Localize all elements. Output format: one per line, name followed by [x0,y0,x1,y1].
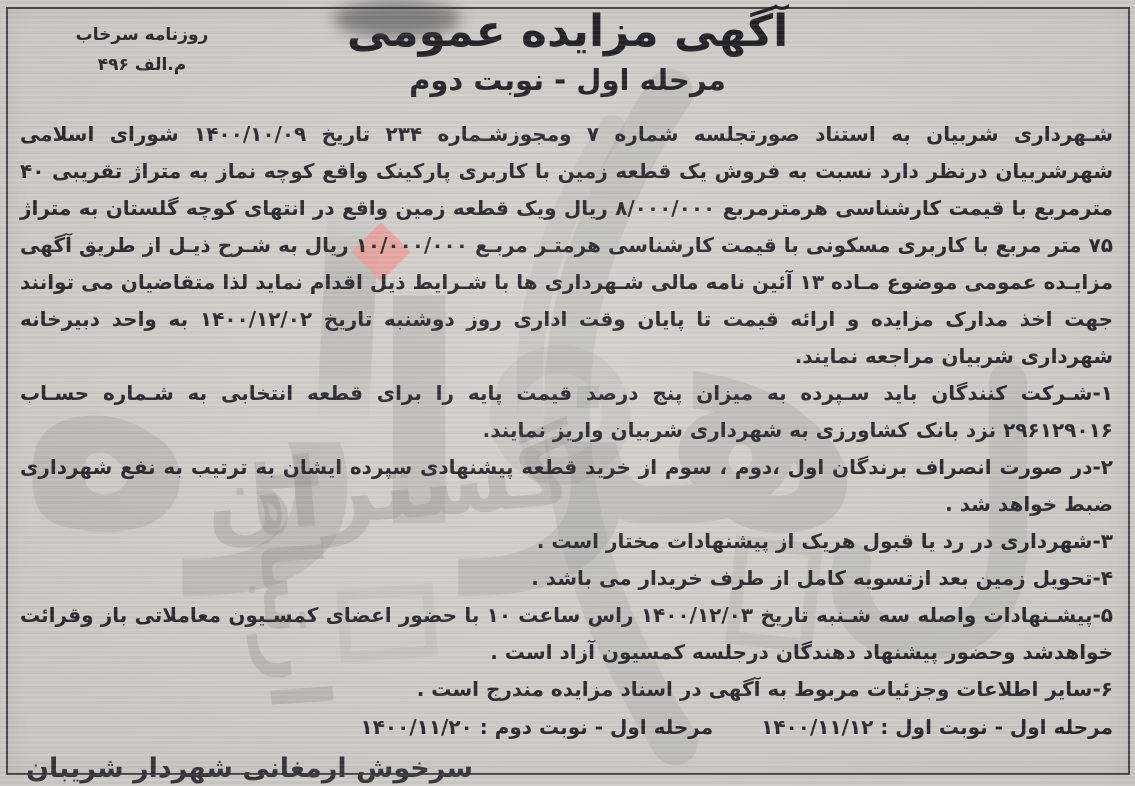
condition-item-3: ۳-شهرداری در رد یا قبول هریک از پیشنهادا… [20,523,1113,560]
publisher-block: روزنامه سرخاب م.الف ۴۹۶ [42,20,242,80]
second-round-date: مرحله اول - نوبت دوم : ۱۴۰۰/۱۱/۲۰ [361,709,714,746]
ink-smudge-artifact [333,1,461,37]
condition-item-4: ۴-تحویل زمین بعد ازتسویه کامل از طرف خری… [20,560,1113,597]
license-number: م.الف ۴۹۶ [42,50,242,80]
newspaper-auction-ad: هزاره گستران ارتباط روزنامه سرخاب م.الف … [0,0,1135,786]
intro-paragraph: شـهرداری شربیان به استناد صورتجلسه شماره… [20,116,1113,375]
condition-item-2: ۲-در صورت انصراف برندگان اول ،دوم ، سوم … [20,449,1113,523]
publication-dates-row: مرحله اول - نوبت اول : ۱۴۰۰/۱۱/۱۲ مرحله … [20,709,1113,746]
ad-body-text: شـهرداری شربیان به استناد صورتجلسه شماره… [20,116,1113,786]
publisher-name: روزنامه سرخاب [42,20,242,50]
condition-item-5: ۵-پیشـنهادات واصله سه شـنبه تاریخ ۱۴۰۰/۱… [20,597,1113,671]
first-round-date: مرحله اول - نوبت اول : ۱۴۰۰/۱۱/۱۲ [761,709,1113,746]
ad-content: روزنامه سرخاب م.الف ۴۹۶ آگهی مزایده عموم… [0,0,1135,786]
mayor-signature: سرخوش ارمغانی شهردار شریبان [26,750,1113,786]
condition-item-6: ۶-سایر اطلاعات وجزئیات مربوط به آگهی در … [20,671,1113,708]
condition-item-1: ۱-شـرکت کنندگان باید سـپرده به میزان پنج… [20,375,1113,449]
